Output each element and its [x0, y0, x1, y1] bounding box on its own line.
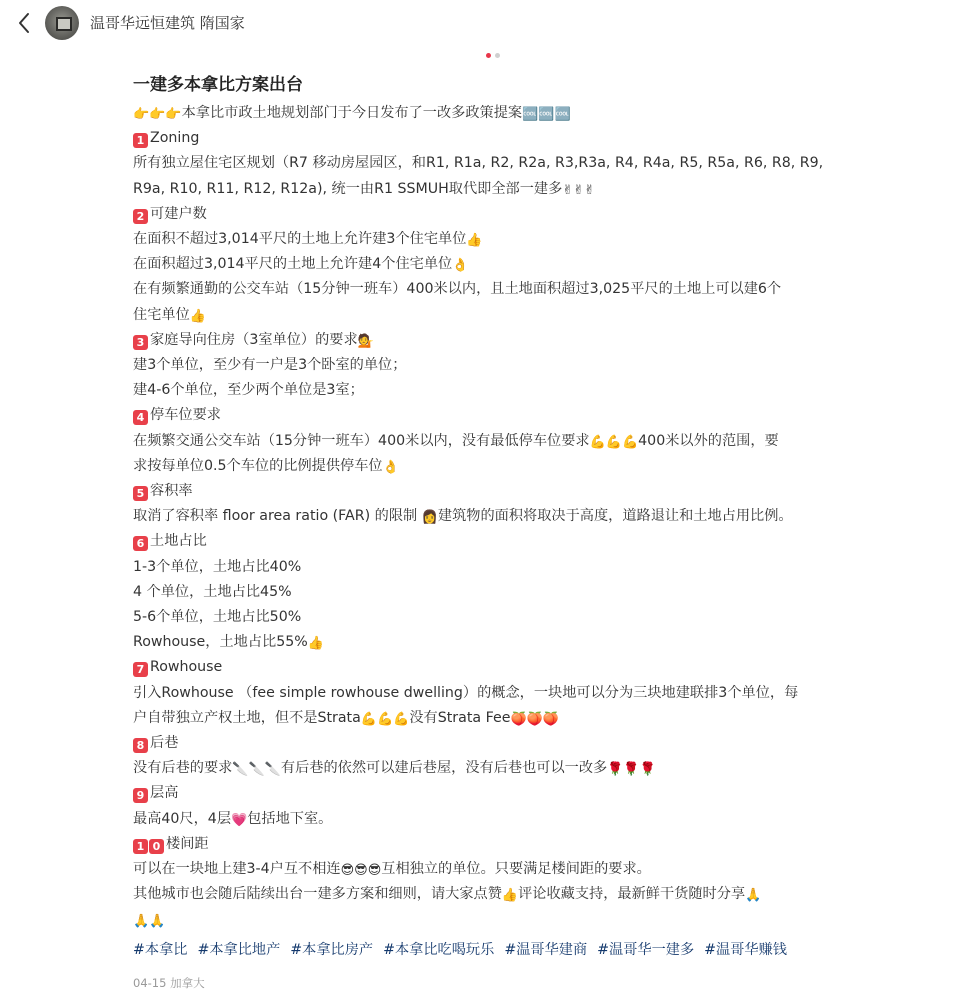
closing-line: 其他城市也会随后陆续出台一建多方案和细则，请大家点赞👍评论收藏支持，最新鲜干货随… — [133, 882, 873, 907]
pray-hands-icon: 🙏🙏 — [133, 915, 165, 929]
author-name[interactable]: 温哥华远恒建筑 隋国家 — [90, 12, 245, 33]
cool-badge-icon: 🆒🆒🆒 — [522, 108, 571, 122]
emoji-icon: 🔪🔪🔪 — [232, 763, 281, 777]
section-heading: 9层高 — [133, 781, 873, 806]
emoji-icon: 👍 — [466, 234, 482, 248]
number-badge-icon: 2 — [133, 209, 148, 224]
emoji-icon: 👌 — [383, 461, 399, 475]
body-line: 最高40尺，4层💗包括地下室。 — [133, 807, 873, 832]
number-badge-icon: 1 — [133, 839, 148, 854]
body-line: 住宅单位👍 — [133, 303, 873, 328]
intro-line: 👉👉👉本拿比市政土地规划部门于今日发布了一改多政策提案🆒🆒🆒 — [133, 101, 873, 126]
post-body: 一建多本拿比方案出台 👉👉👉本拿比市政土地规划部门于今日发布了一改多政策提案🆒🆒… — [133, 70, 873, 961]
emoji-icon: 👩 — [422, 511, 438, 525]
post-title: 一建多本拿比方案出台 — [133, 70, 873, 100]
chevron-left-icon — [14, 10, 36, 36]
closing-line-wrap: 🙏🙏 — [133, 908, 873, 933]
hashtag-link[interactable]: #本拿比地产 — [197, 942, 280, 958]
body-line: 引入Rowhouse （fee simple rowhouse dwelling… — [133, 681, 873, 706]
body-line: 1-3个单位，土地占比40% — [133, 555, 873, 580]
section-heading: 6土地占比 — [133, 529, 873, 554]
emoji-icon: 💪💪💪 — [590, 436, 639, 450]
post-meta: 04-15 加拿大 — [133, 975, 205, 991]
emoji-icon: 💪💪💪 — [361, 713, 410, 727]
hashtag-link[interactable]: #温哥华建商 — [504, 942, 587, 958]
hashtag-link[interactable]: #本拿比 — [133, 942, 187, 958]
hashtag-list: #本拿比#本拿比地产#本拿比房产#本拿比吃喝玩乐#温哥华建商#温哥华一建多#温哥… — [133, 939, 873, 961]
emoji-icon: 🍑🍑🍑 — [510, 713, 559, 727]
body-line: 在面积不超过3,014平尺的土地上允许建3个住宅单位👍 — [133, 227, 873, 252]
number-badge-icon: 9 — [133, 788, 148, 803]
body-line: 取消了容积率 floor area ratio (FAR) 的限制 👩建筑物的面… — [133, 504, 873, 529]
number-badge-icon: 7 — [133, 662, 148, 677]
body-line: 建4-6个单位，至少两个单位是3室； — [133, 378, 873, 403]
body-line: 在面积超过3,014平尺的土地上允许建4个住宅单位👌 — [133, 252, 873, 277]
pointing-finger-icon: 👉👉👉 — [133, 108, 182, 122]
post-sections: 1Zoning所有独立屋住宅区规划（R7 移动房屋园区，和R1, R1a, R2… — [133, 126, 873, 882]
body-line: 没有后巷的要求🔪🔪🔪有后巷的依然可以建后巷屋，没有后巷也可以一改多🌹🌹🌹 — [133, 756, 873, 781]
body-line: Rowhouse，土地占比55%👍 — [133, 630, 873, 655]
number-badge-icon: 6 — [133, 536, 148, 551]
body-line: 所有独立屋住宅区规划（R7 移动房屋园区，和R1, R1a, R2, R2a, … — [133, 151, 873, 176]
hashtag-link[interactable]: #温哥华一建多 — [597, 942, 694, 958]
emoji-icon: 👍 — [190, 310, 206, 324]
section-heading: 1Zoning — [133, 126, 873, 151]
section-heading: 4停车位要求 — [133, 403, 873, 428]
number-badge-icon: 8 — [133, 738, 148, 753]
section-heading: 7Rowhouse — [133, 655, 873, 680]
post-date: 04-15 — [133, 976, 166, 990]
post-header: 温哥华远恒建筑 隋国家 — [0, 0, 960, 46]
hashtag-link[interactable]: #本拿比房产 — [290, 942, 373, 958]
thumbs-up-icon: 👍 — [502, 889, 518, 903]
section-heading: 2可建户数 — [133, 202, 873, 227]
post-location: 加拿大 — [170, 976, 205, 990]
body-line: 4 个单位，土地占比45% — [133, 580, 873, 605]
body-line: 户自带独立产权土地，但不是Strata💪💪💪没有Strata Fee🍑🍑🍑 — [133, 706, 873, 731]
carousel-dot[interactable] — [495, 53, 500, 58]
body-line: 5-6个单位，土地占比50% — [133, 605, 873, 630]
emoji-icon: ✌✌✌ — [562, 184, 595, 198]
body-line: 求按每单位0.5个车位的比例提供停车位👌 — [133, 454, 873, 479]
body-line: 在有频繁通勤的公交车站（15分钟一班车）400米以内，且土地面积超过3,025平… — [133, 277, 873, 302]
carousel-dot-active[interactable] — [486, 53, 491, 58]
hashtag-link[interactable]: #本拿比吃喝玩乐 — [383, 942, 494, 958]
section-heading: 3家庭导向住房（3室单位）的要求💁 — [133, 328, 873, 353]
number-badge-icon: 0 — [149, 839, 164, 854]
section-heading: 10楼间距 — [133, 832, 873, 857]
number-badge-icon: 1 — [133, 133, 148, 148]
emoji-icon: 💁 — [358, 335, 374, 349]
number-badge-icon: 4 — [133, 410, 148, 425]
author-avatar[interactable] — [45, 6, 79, 40]
pray-hands-icon: 🙏 — [745, 889, 761, 903]
section-heading: 8后巷 — [133, 731, 873, 756]
emoji-icon: 🌹🌹🌹 — [607, 763, 656, 777]
body-line: 在频繁交通公交车站（15分钟一班车）400米以内，没有最低停车位要求💪💪💪400… — [133, 429, 873, 454]
body-line: 建3个单位，至少有一户是3个卧室的单位； — [133, 353, 873, 378]
image-carousel-indicator — [486, 53, 504, 59]
body-line: 可以在一块地上建3-4户互不相连😎😎😎互相独立的单位。只要满足楼间距的要求。 — [133, 857, 873, 882]
emoji-icon: 💗 — [231, 814, 247, 828]
hashtag-link[interactable]: #温哥华赚钱 — [704, 942, 787, 958]
body-line: R9a, R10, R11, R12, R12a), 统一由R1 SSMUH取代… — [133, 177, 873, 202]
number-badge-icon: 5 — [133, 486, 148, 501]
back-button[interactable] — [14, 10, 36, 36]
emoji-icon: 😎😎😎 — [341, 864, 382, 878]
emoji-icon: 👍 — [308, 637, 324, 651]
emoji-icon: 👌 — [452, 259, 468, 273]
section-heading: 5容积率 — [133, 479, 873, 504]
number-badge-icon: 3 — [133, 335, 148, 350]
